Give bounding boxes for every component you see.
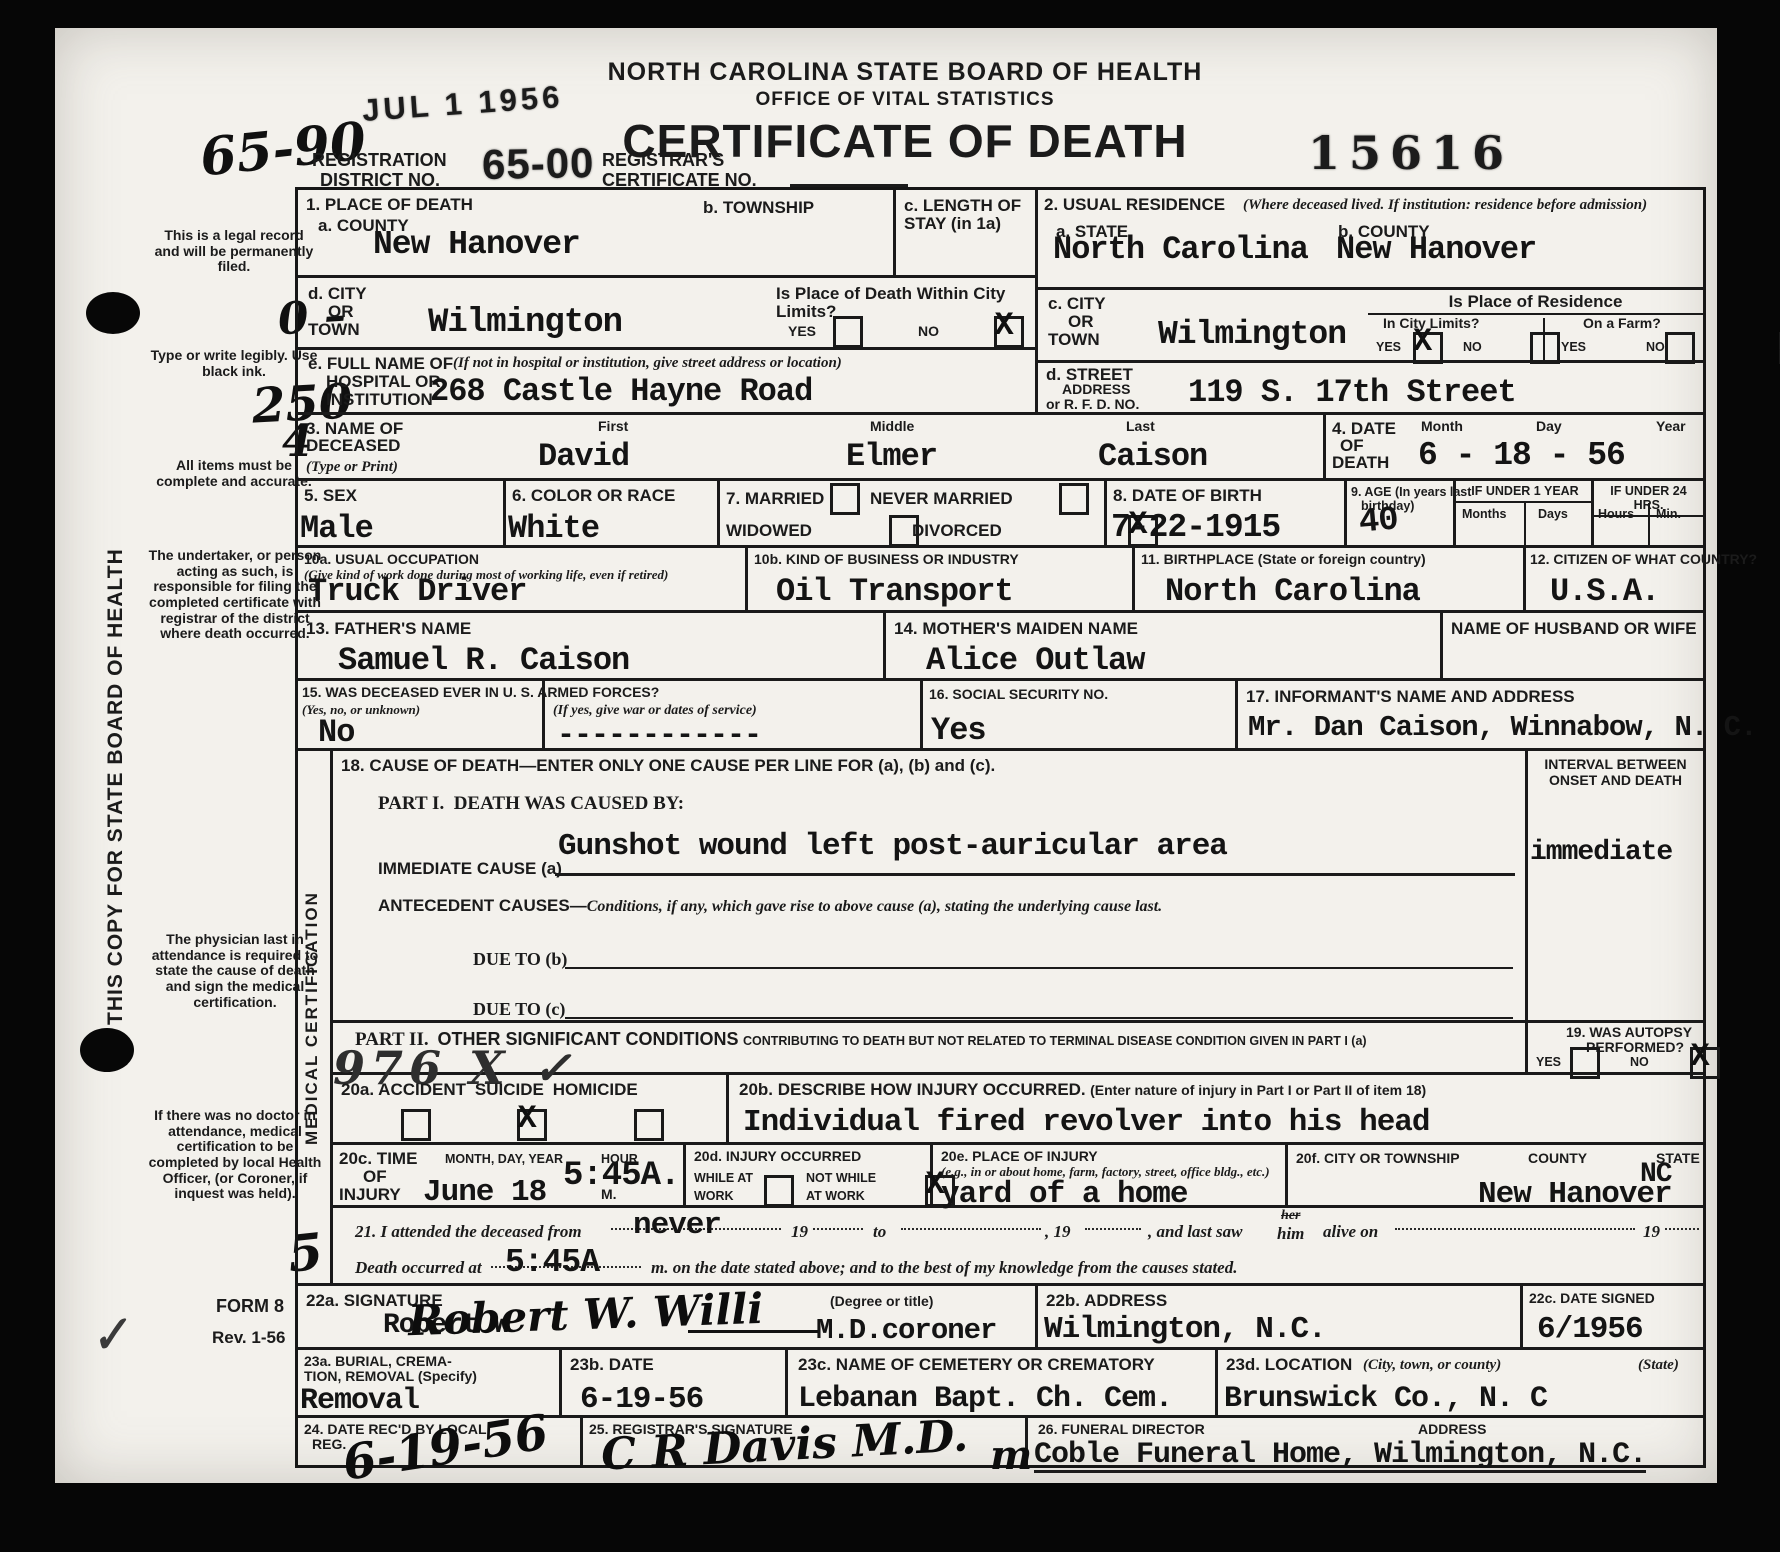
citizenship-value: U.S.A.	[1550, 576, 1659, 608]
field-race: 6. COLOR OR RACE White	[506, 481, 720, 548]
field-name-of-deceased: 3. NAME OF DECEASED (Type or Print) Firs…	[298, 415, 1326, 481]
divider	[1648, 503, 1650, 548]
residence-question: Is Place of Residence	[1368, 292, 1703, 315]
year-blank-3: 19	[1643, 1222, 1660, 1242]
burial-date-value: 6-19-56	[580, 1384, 703, 1415]
margin-legal-note: This is a legal record and will be perma…	[150, 228, 318, 275]
certificate-serial-number: 15616	[1308, 126, 1513, 180]
funeral-address-label: ADDRESS	[1418, 1422, 1486, 1438]
cause-of-death-header: 18. CAUSE OF DEATH—ENTER ONLY ONE CAUSE …	[341, 756, 995, 775]
birthplace-label: 11. BIRTHPLACE (State or foreign country…	[1141, 552, 1426, 568]
scanned-death-certificate: THIS COPY FOR STATE BOARD OF HEALTH This…	[0, 0, 1780, 1552]
name-label-3: (Type or Print)	[306, 459, 398, 476]
signer-address-value: Wilmington, N.C.	[1044, 1314, 1326, 1345]
checkbox-x-mark: X	[994, 310, 1013, 342]
city-limits-question-1: Is Place of Death Within City	[776, 284, 1005, 303]
injury-date-value: June 18	[423, 1177, 546, 1208]
place-of-death-label: 1. PLACE OF DEATH	[306, 195, 473, 214]
checkbox-death-city-yes	[833, 316, 863, 348]
residence-city-label-3: TOWN	[1048, 330, 1100, 349]
due-to-b-line	[565, 949, 1513, 969]
district-number-stamp: 65-00	[482, 139, 595, 189]
injury-work-label: 20d. INJURY OCCURRED	[694, 1149, 861, 1165]
field-father-name: 13. FATHER'S NAME Samuel R. Caison	[298, 613, 886, 681]
race-value: White	[508, 513, 599, 545]
field-occupation: 10a. USUAL OCCUPATION (Give kind of work…	[298, 548, 748, 613]
city-of-death-value: Wilmington	[428, 306, 622, 340]
checkbox-x-mark: X	[517, 1103, 536, 1135]
office-name: OFFICE OF VITAL STATISTICS	[455, 89, 1355, 110]
checkbox-married	[830, 483, 860, 515]
not-while-label: NOT WHILE	[806, 1171, 876, 1185]
immediate-cause-line	[555, 851, 1515, 876]
injury-time-value: 5:45A.	[563, 1159, 679, 1193]
cemetery-label: 23c. NAME OF CEMETERY OR CREMATORY	[798, 1355, 1155, 1374]
injury-description-value: Individual fired revolver into his head	[743, 1107, 1430, 1138]
length-of-stay-label-1: c. LENGTH OF	[904, 196, 1021, 215]
dob-label: 8. DATE OF BIRTH	[1113, 486, 1262, 505]
year-blank-1: 19	[791, 1222, 808, 1242]
checkbox-farm-yes	[1665, 332, 1695, 364]
board-name: NORTH CAROLINA STATE BOARD OF HEALTH	[455, 58, 1355, 86]
blank-line	[1395, 1214, 1635, 1230]
field-funeral-director: 26. FUNERAL DIRECTOR ADDRESS m Coble Fun…	[1028, 1418, 1703, 1465]
checkbox-accident	[401, 1109, 431, 1141]
last-name-label: Last	[1126, 419, 1155, 435]
usual-residence-label: 2. USUAL RESIDENCE	[1044, 195, 1225, 214]
age-label-1: 9. AGE (In years last	[1351, 485, 1471, 499]
part1-label: PART I. DEATH WAS CAUSED BY:	[378, 793, 684, 814]
part1-text: DEATH WAS CAUSED BY:	[454, 793, 684, 814]
field-part2-conditions: PART II. OTHER SIGNIFICANT CONDITIONS CO…	[333, 1023, 1528, 1075]
field-burial-date: 23b. DATE 6-19-56	[562, 1350, 788, 1418]
farm-yes-label: YES	[1561, 340, 1586, 354]
checkbox-death-city-no: X	[994, 316, 1024, 348]
informant-value: Mr. Dan Caison, Winnabow, N. C.	[1248, 713, 1757, 742]
res-yes-label: YES	[1376, 340, 1401, 354]
war-service-value: ------------	[557, 721, 761, 751]
field-injury-occurred-work: 20d. INJURY OCCURRED WHILE AT WORK NOT W…	[686, 1145, 933, 1208]
field-citizenship: 12. CITIZEN OF WHAT COUNTRY? U.S.A.	[1526, 548, 1703, 613]
birthplace-value: North Carolina	[1165, 576, 1420, 608]
city-limits-question-2: Limits?	[776, 302, 836, 321]
mother-label: 14. MOTHER'S MAIDEN NAME	[894, 619, 1138, 638]
at-work-label: AT WORK	[806, 1189, 865, 1203]
registrar-certificate-label-1: REGISTRAR'S	[602, 150, 757, 170]
checkbox-x-mark: X	[1413, 326, 1432, 358]
months-label: Months	[1462, 507, 1506, 521]
field-place-of-injury: 20e. PLACE OF INJURY (e.g., in or about …	[933, 1145, 1288, 1208]
widowed-label: WIDOWED	[726, 521, 812, 540]
field-signature: 22a. SIGNATURE Robert W Robert W. Willi …	[298, 1286, 1038, 1350]
checkbox-suicide: X	[517, 1109, 547, 1141]
injury-occurred-label: 20b. DESCRIBE HOW INJURY OCCURRED.	[739, 1080, 1086, 1099]
field-cause-of-death: 18. CAUSE OF DEATH—ENTER ONLY ONE CAUSE …	[333, 751, 1528, 1023]
signer-address-label: 22b. ADDRESS	[1046, 1291, 1167, 1310]
location-note: (City, town, or county)	[1363, 1357, 1501, 1374]
hole-punch-top	[86, 292, 140, 334]
spouse-label: NAME OF HUSBAND OR WIFE	[1451, 619, 1697, 638]
citizenship-label: 12. CITIZEN OF WHAT COUNTRY?	[1530, 552, 1757, 568]
res-no-label: NO	[1463, 340, 1482, 354]
margin-vertical-copy-note: THIS COPY FOR STATE BOARD OF HEALTH	[104, 515, 128, 1025]
year-label: Year	[1656, 419, 1686, 435]
middle-name-value: Elmer	[846, 441, 937, 473]
residence-city-value: Wilmington	[1158, 318, 1346, 351]
war-service-note: (If yes, give war or dates of service)	[553, 703, 757, 719]
field-cemetery: 23c. NAME OF CEMETERY OR CREMATORY Leban…	[788, 1350, 1218, 1418]
date-of-death-value: 6 - 18 - 56	[1418, 439, 1625, 472]
field-residence-city: c. CITY OR TOWN Wilmington Is Place of R…	[1038, 290, 1703, 363]
township-label: b. TOWNSHIP	[703, 198, 814, 217]
checkbox-x-mark: X	[1690, 1041, 1709, 1073]
field-spouse-name: NAME OF HUSBAND OR WIFE	[1443, 613, 1703, 681]
residence-county-value: New Hanover	[1336, 234, 1536, 266]
due-to-b-label: DUE TO (b)	[473, 949, 567, 969]
age-value: 40	[1358, 503, 1400, 540]
occupation-label: 10a. USUAL OCCUPATION	[304, 552, 479, 568]
last-name-value: Caison	[1098, 441, 1207, 473]
homicide-label: HOMICIDE	[553, 1080, 638, 1099]
alive-on-label: alive on	[1323, 1222, 1378, 1242]
length-of-stay-label-2: STAY (in 1a)	[904, 214, 1001, 233]
dod-label-3: DEATH	[1332, 453, 1389, 472]
autopsy-label-2: PERFORMED?	[1586, 1040, 1684, 1056]
hospital-note: (If not in hospital or institution, give…	[453, 355, 842, 372]
field-time-of-injury: 20c. TIME MONTH, DAY, YEAR HOUR OF INJUR…	[333, 1145, 686, 1208]
city-label-2: OR	[328, 302, 354, 321]
signature-script: Robert W. Willi	[407, 1288, 764, 1342]
field-registrar-signature: 25. REGISTRAR'S SIGNATURE C R Davis M.D.	[583, 1418, 1028, 1465]
autopsy-no-label: NO	[1630, 1055, 1649, 1069]
antecedent-label: ANTECEDENT CAUSES—	[378, 896, 587, 915]
margin-type-note: Type or write legibly. Use black ink.	[150, 348, 318, 379]
ssn-value: Yes	[931, 715, 986, 747]
divorced-label: DIVORCED	[912, 521, 1002, 540]
injury-county-label: COUNTY	[1528, 1151, 1587, 1167]
blank-line	[1085, 1214, 1141, 1230]
blank-line	[901, 1214, 1041, 1230]
antecedent-note: Conditions, if any, which gave rise to a…	[587, 898, 1162, 915]
funeral-handwritten-mark: m	[990, 1436, 1032, 1476]
burial-date-label: 23b. DATE	[570, 1355, 654, 1374]
degree-value: M.D.coroner	[816, 1316, 996, 1345]
location-value: Brunswick Co., N. C	[1224, 1384, 1547, 1414]
injury-city-label: 20f. CITY OR TOWNSHIP	[1296, 1151, 1460, 1167]
field-attendance-statement: 21. I attended the deceased from never 1…	[333, 1208, 1703, 1286]
field-injury-city: 20f. CITY OR TOWNSHIP COUNTY STATE NC Ne…	[1288, 1145, 1703, 1208]
signature-flourish	[688, 1330, 818, 1333]
interval-label-2: ONSET AND DEATH	[1549, 772, 1682, 788]
occupation-value: Truck Driver	[308, 576, 526, 608]
field-how-injury-occurred: 20b. DESCRIBE HOW INJURY OCCURRED. (Ente…	[729, 1075, 1703, 1145]
field-marital-status: 7. MARRIED NEVER MARRIED WIDOWED DIVORCE…	[720, 481, 1107, 548]
field-mother-name: 14. MOTHER'S MAIDEN NAME Alice Outlaw	[886, 613, 1443, 681]
field-date-of-death: 4. DATE OF DEATH Month Day Year 6 - 18 -…	[1326, 415, 1703, 481]
sex-label: 5. SEX	[304, 486, 357, 505]
medical-certification-vertical-label: MEDICAL CERTIFICATION	[302, 761, 322, 1276]
suicide-label: SUICIDE	[475, 1080, 544, 1099]
field-under-1-year: IF UNDER 1 YEAR Months Days	[1456, 481, 1594, 548]
death-occurred-rest: m. on the date stated above; and to the …	[651, 1258, 1237, 1278]
checkbox-homicide	[634, 1109, 664, 1141]
due-to-c-label: DUE TO (c)	[473, 999, 565, 1019]
city-label-3: TOWN	[308, 320, 360, 339]
divider	[1524, 503, 1526, 548]
place-of-injury-value: yard of a home	[941, 1179, 1187, 1210]
first-name-value: David	[538, 441, 629, 473]
meridiem-label: M.	[601, 1187, 617, 1203]
hours-label: Hours	[1598, 507, 1634, 521]
death-occurred-label: Death occurred at	[355, 1258, 482, 1278]
registration-district-label-1: REGISTRATION	[312, 150, 447, 170]
race-label: 6. COLOR OR RACE	[512, 486, 675, 505]
state-value: North Carolina	[1053, 234, 1308, 266]
farm-no-label: NO	[1646, 340, 1665, 354]
residence-city-label-1: c. CITY	[1048, 294, 1106, 313]
burial-label-2: TION, REMOVAL (Specify)	[304, 1369, 477, 1385]
father-label: 13. FATHER'S NAME	[306, 619, 471, 638]
field-sex: 5. SEX Male	[298, 481, 506, 548]
field-signer-address: 22b. ADDRESS Wilmington, N.C.	[1038, 1286, 1523, 1350]
him-label: him	[1277, 1224, 1304, 1244]
field-age: 9. AGE (In years last birthday) 40	[1347, 481, 1456, 548]
on-farm-label: On a Farm?	[1583, 316, 1661, 332]
date-signed-value: 6/1956	[1537, 1314, 1643, 1345]
industry-label: 10b. KIND OF BUSINESS OR INDUSTRY	[754, 552, 1019, 568]
hole-punch-bottom	[80, 1028, 134, 1072]
certificate-form: 1. PLACE OF DEATH a. COUNTY New Hanover …	[295, 187, 1706, 1468]
accident-label: 20a. ACCIDENT	[341, 1080, 466, 1099]
never-married-label: NEVER MARRIED	[870, 489, 1013, 508]
month-day-year-label: MONTH, DAY, YEAR	[445, 1152, 563, 1166]
medical-certification-strip: MEDICAL CERTIFICATION	[298, 751, 333, 1286]
handwritten-checkmark: ✓	[86, 1309, 132, 1361]
ssn-label: 16. SOCIAL SECURITY NO.	[929, 687, 1108, 703]
blank-line	[813, 1214, 863, 1230]
interval-label-1: INTERVAL BETWEEN	[1544, 756, 1686, 772]
injury-county-value: New Hanover	[1478, 1179, 1672, 1210]
interval-value: immediate	[1530, 839, 1672, 867]
industry-value: Oil Transport	[776, 576, 1013, 608]
form-number: FORM 8	[216, 1296, 284, 1316]
checkbox-while-at-work	[764, 1175, 794, 1207]
residence-city-label-2: OR	[1068, 312, 1094, 331]
first-name-label: First	[598, 419, 628, 435]
attended-from-value: never	[633, 1210, 721, 1241]
time-label-3: INJURY	[339, 1185, 401, 1204]
location-state-note: (State)	[1638, 1357, 1679, 1374]
length-of-stay-cell: c. LENGTH OF STAY (in 1a)	[893, 190, 1038, 278]
field-industry: 10b. KIND OF BUSINESS OR INDUSTRY Oil Tr…	[748, 548, 1135, 613]
name-label-2: DECEASED	[306, 436, 400, 455]
checkbox-residence-city-yes: X	[1413, 332, 1443, 364]
field-city-of-death: d. CITY OR TOWN Wilmington Is Place of D…	[298, 278, 1038, 350]
field-street-address: d. STREET ADDRESS or R. F. D. NO. 119 S.…	[1038, 363, 1703, 415]
last-saw-label: , and last saw	[1148, 1222, 1242, 1242]
work-label: WORK	[694, 1189, 734, 1203]
hospital-label-3: INSTITUTION	[326, 390, 433, 409]
field-cemetery-location: 23d. LOCATION (City, town, or county) (S…	[1218, 1350, 1703, 1418]
part2-subtitle: CONTRIBUTING TO DEATH BUT NOT RELATED TO…	[743, 1034, 1367, 1048]
field-under-24-hrs: IF UNDER 24 HRS. Hours Min.	[1594, 481, 1703, 548]
field-date-of-birth: 8. DATE OF BIRTH 7-22-1915	[1107, 481, 1347, 548]
city-label-1: d. CITY	[308, 284, 367, 303]
street-label-3: or R. F. D. NO.	[1046, 397, 1139, 413]
autopsy-yes-label: YES	[1536, 1055, 1561, 1069]
no-label: NO	[918, 324, 939, 340]
mother-value: Alice Outlaw	[926, 645, 1144, 677]
street-address-value: 119 S. 17th Street	[1188, 377, 1516, 409]
part1-roman: PART I.	[378, 793, 444, 814]
location-label: 23d. LOCATION	[1226, 1355, 1352, 1374]
married-label: 7. MARRIED	[726, 489, 824, 508]
sex-value: Male	[300, 513, 373, 545]
blank-line	[1665, 1214, 1699, 1230]
cemetery-value: Lebanan Bapt. Ch. Cem.	[798, 1384, 1172, 1414]
time-label-1: 20c. TIME	[339, 1149, 417, 1168]
month-label: Month	[1421, 419, 1463, 435]
yes-label: YES	[788, 324, 816, 340]
dob-value: 7-22-1915	[1111, 511, 1280, 544]
time-label-2: OF	[363, 1167, 387, 1186]
field-place-of-death: 1. PLACE OF DEATH a. COUNTY New Hanover …	[298, 190, 1038, 278]
hospital-value: 268 Castle Hayne Road	[430, 376, 812, 408]
field-birthplace: 11. BIRTHPLACE (State or foreign country…	[1135, 548, 1526, 613]
under-1-year-label: IF UNDER 1 YEAR	[1456, 484, 1594, 503]
place-of-injury-label: 20e. PLACE OF INJURY	[941, 1149, 1098, 1165]
father-value: Samuel R. Caison	[338, 645, 629, 677]
day-label: Day	[1536, 419, 1562, 435]
injury-occurred-note: (Enter nature of injury in Part I or Par…	[1090, 1082, 1426, 1098]
funeral-director-value: Coble Funeral Home, Wilmington, N.C.	[1034, 1440, 1646, 1473]
due-to-c-line	[565, 999, 1513, 1019]
year-blank-2: , 19	[1045, 1222, 1071, 1242]
days-label: Days	[1538, 507, 1568, 521]
field-usual-residence: 2. USUAL RESIDENCE (Where deceased lived…	[1038, 190, 1703, 290]
date-signed-label: 22c. DATE SIGNED	[1529, 1291, 1655, 1307]
field-date-signed: 22c. DATE SIGNED 6/1956	[1523, 1286, 1703, 1350]
field-informant: 17. INFORMANT'S NAME AND ADDRESS Mr. Dan…	[1238, 681, 1703, 751]
min-label: Min.	[1656, 507, 1681, 521]
degree-label: (Degree or title)	[830, 1294, 933, 1310]
field-hospital: e. FULL NAME OF (If not in hospital or i…	[298, 350, 1038, 415]
divider	[1543, 318, 1545, 360]
field-autopsy: 19. WAS AUTOPSY PERFORMED? YES NO X	[1528, 1023, 1703, 1075]
death-time-value: 5:45A	[505, 1246, 599, 1279]
hospital-label-1: e. FULL NAME OF	[308, 354, 453, 373]
field-accident-suicide-homicide: 20a. ACCIDENT SUICIDE HOMICIDE X	[333, 1075, 729, 1145]
checkbox-residence-city-no	[1530, 332, 1560, 364]
burial-value: Removal	[300, 1386, 419, 1416]
attended-from-label: 21. I attended the deceased from	[355, 1222, 582, 1242]
attended-to-label: to	[873, 1222, 886, 1242]
form-revision: Rev. 1-56	[212, 1328, 285, 1347]
informant-label: 17. INFORMANT'S NAME AND ADDRESS	[1246, 687, 1575, 706]
medical-certification-text: MEDICAL CERTIFICATION	[302, 892, 321, 1146]
funeral-director-label: 26. FUNERAL DIRECTOR	[1038, 1422, 1205, 1438]
field-interval: INTERVAL BETWEENONSET AND DEATH immediat…	[1528, 751, 1703, 1023]
immediate-cause-label: IMMEDIATE CAUSE (a)	[378, 859, 562, 878]
field-armed-forces: 15. WAS DECEASED EVER IN U. S. ARMED FOR…	[298, 681, 545, 751]
registrar-certificate-blank	[790, 162, 908, 187]
middle-name-label: Middle	[870, 419, 914, 435]
while-at-label: WHILE AT	[694, 1171, 753, 1185]
field-war-service: (If yes, give war or dates of service) -…	[545, 681, 923, 751]
field-ssn: 16. SOCIAL SECURITY NO. Yes	[923, 681, 1238, 751]
county-value: New Hanover	[373, 228, 580, 261]
hospital-label-2: HOSPITAL OR	[326, 372, 441, 391]
interval-label: INTERVAL BETWEENONSET AND DEATH	[1528, 757, 1703, 788]
her-label: her	[1281, 1208, 1300, 1225]
usual-residence-note: (Where deceased lived. If institution: r…	[1243, 197, 1647, 214]
field-date-received: 24. DATE REC'D BY LOCAL REG. 6-19-56	[298, 1418, 583, 1465]
armed-forces-value: No	[318, 717, 354, 749]
checkbox-never-married	[1059, 483, 1089, 515]
